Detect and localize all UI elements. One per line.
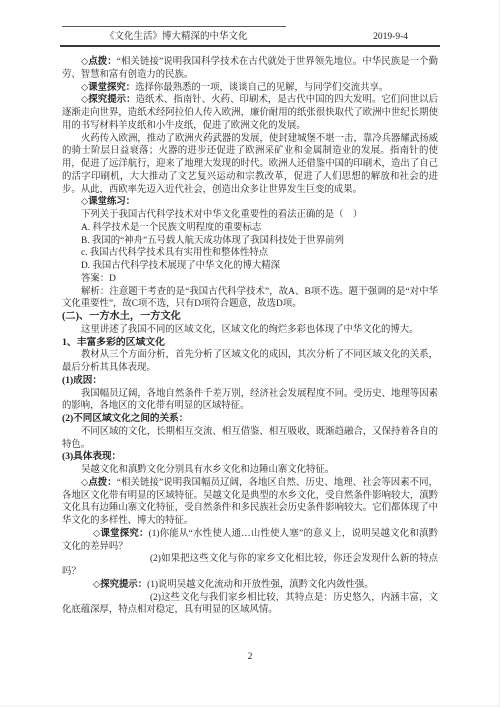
relations-heading: (2)不同区域文化之间的关系： [62,413,438,426]
cause-heading: (1)成因： [62,375,438,388]
ketang-tanjiu-2-question-2: (2)如果把这些文化与你的家乡文化相比较，你还会发现什么新的特点吗？ [62,553,438,579]
ketang-lianxi-label: ◇课堂练习： [81,197,135,207]
gunpowder-paragraph: 火药传入欧洲，推动了欧洲火药武器的发展，使封建城堡不堪一击，靠冷兵器耀武扬威的骑… [62,133,438,197]
section-heading-two: (二)、一方水土，一方文化 [62,311,438,324]
subsection-heading-regional-culture: 1、丰富多彩的区域文化 [62,337,438,350]
ketang-tanjiu-1: ◇课堂探究：选择你最熟悉的一项，谈谈自己的见解，与同学们交流共享。 [62,82,438,95]
option-a: A. 科学技术是一个民族文明程度的重要标志 [62,222,438,235]
dianbo-note-2: ◇点拨：“相关链接”说明我国幅员辽阔，各地区自然、历史、地理、社会等因素不同，各… [62,477,438,528]
cause-paragraph: 我国幅员辽阔，各地自然条件千差万别，经济社会发展程度不同。受历史、地理等因素的影… [62,388,438,414]
ketang-tanjiu-label: ◇课堂探究： [81,83,135,93]
page-footer: 2 [0,652,500,662]
header-title: 《文化生活》博大精深的中华文化 [105,31,248,44]
ketang-tanjiu-label-2: ◇课堂探究： [93,529,149,539]
header-date: 2019-9-4 [373,31,408,44]
option-d: D. 我国古代科学技术展现了中华文化的博大精深 [62,260,438,273]
header-top-divider [62,26,286,27]
dianbo-note-1: ◇点拨：“相关链接”说明我国科学技术在古代就处于世界领先地位。中华民族是一个勤劳… [62,56,438,82]
header-rule [60,45,440,47]
relations-paragraph: 不同区域的文化，长期相互交流、相互借鉴、相互吸收，既渐趋融合，又保持着各自的特色… [62,426,438,452]
ketang-tanjiu-2: ◇课堂探究：(1)你能从“水性使人通…山性使人塞”的意义上，说明吴越文化和滇黔文… [62,528,438,554]
page-number: 2 [248,652,253,662]
option-b: B. 我国的“神舟”五号载人航天成功体现了我国科技处于世界前列 [62,235,438,248]
tanjiu-tishi-label: ◇探究提示： [81,95,136,105]
option-c: c. 我国古代科学技术具有实用性和整体性特点 [62,247,438,260]
document-body: ◇点拨：“相关链接”说明我国科学技术在古代就处于世界领先地位。中华民族是一个勤劳… [62,56,438,617]
textbook-analysis: 教材从三个方面分析，首先分析了区域文化的成因，其次分析了不同区域文化的关系，最后… [62,349,438,375]
dianbo-label-2: ◇点拨： [81,478,117,488]
document-page: 《文化生活》博大精深的中华文化 2019-9-4 ◇点拨：“相关链接”说明我国科… [0,0,500,707]
analysis-line: 解析：注意题干考查的是“我国古代科学技术”，故A、B项不选。题干强调的是“对中华… [62,286,438,312]
section-intro: 这里讲述了我国不同的区域文化，区域文化的绚烂多彩也体现了中华文化的博大。 [62,324,438,337]
tanjiu-tishi-label-2: ◇探究提示： [93,580,147,590]
dianbo-label: ◇点拨： [81,57,117,67]
answer-line: 答案：D [62,273,438,286]
manifestation-heading: (3)具体表现： [62,451,438,464]
tanjiu-tishi-2-answer-2: (2)这些文化与我们家乡相比较，其特点是：历史悠久，内涵丰富，文化底蕴深厚，特点… [62,592,438,618]
ketang-lianxi-heading: ◇课堂练习： [62,196,438,209]
page-header: 《文化生活》博大精深的中华文化 2019-9-4 [62,31,438,44]
tanjiu-tishi-2: ◇探究提示：(1)说明吴越文化流动和开放性强，滇黔文化内敛性强。 [62,579,438,592]
question-stem: 下列关于我国古代科学技术对中华文化重要性的看法正确的是（ ） [62,209,438,222]
tanjiu-tishi-1: ◇探究提示：造纸术、指南针、火药、印刷术，是古代中国的四大发明。它们问世以后逐渐… [62,94,438,132]
manifestation-paragraph: 吴越文化和滇黔文化分别具有水乡文化和边陲山寨文化特征。 [62,464,438,477]
